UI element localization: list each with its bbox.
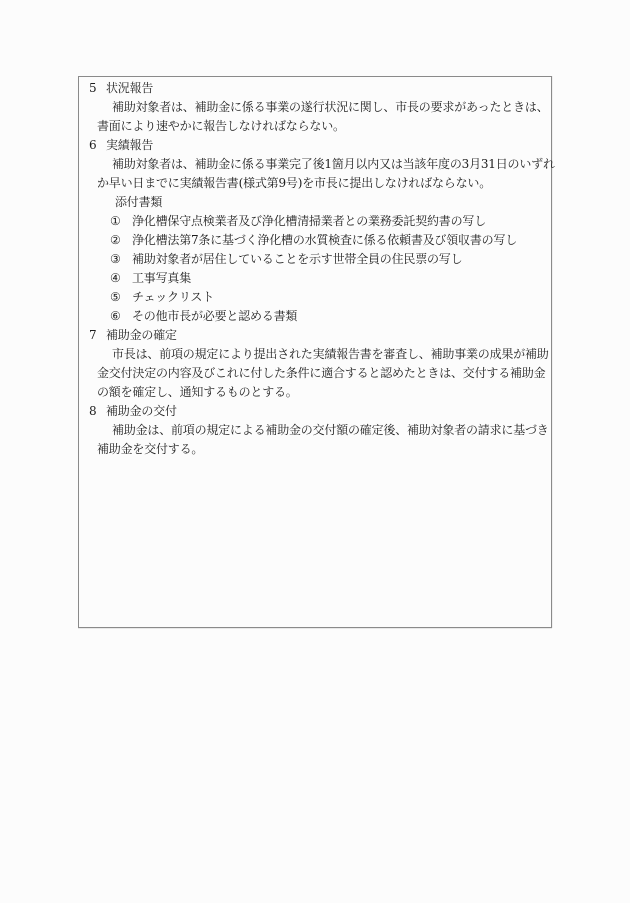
doc-line-para_first: 市長は、前項の規定により提出された実績報告書を審査し、補助事業の成果が補助	[79, 345, 551, 364]
section-title: 実績報告	[106, 138, 153, 152]
line-text: 補助対象者は、補助金に係る事業の遂行状況に関し、市長の要求があったときは、	[112, 100, 548, 114]
doc-line-section: 7補助金の確定	[79, 326, 551, 345]
line-text: 金交付決定の内容及びこれに付した条件に適合すると認めたときは、交付する補助金	[97, 366, 545, 380]
list-marker: ②	[110, 231, 132, 250]
doc-line-subhead: 添付書類	[79, 193, 551, 212]
list-marker: ⑤	[110, 288, 132, 307]
line-text: 補助対象者が居住していることを示す世帯全員の住民票の写し	[132, 252, 462, 266]
doc-line-section: 8補助金の交付	[79, 402, 551, 421]
doc-line-para_cont: か早い日までに実績報告書(様式第9号)を市長に提出しなければならない。	[79, 174, 551, 193]
document-box: 5状況報告補助対象者は、補助金に係る事業の遂行状況に関し、市長の要求があったとき…	[78, 76, 552, 628]
doc-line-list: ⑥その他市長が必要と認める書類	[79, 307, 551, 326]
doc-line-list: ④工事写真集	[79, 269, 551, 288]
line-text: 浄化槽保守点検業者及び浄化槽清掃業者との業務委託契約書の写し	[132, 214, 486, 228]
doc-line-section: 5状況報告	[79, 79, 551, 98]
line-text: 補助対象者は、補助金に係る事業完了後1箇月以内又は当該年度の3月31日のいずれ	[112, 157, 555, 171]
list-marker: ⑥	[110, 307, 132, 326]
doc-line-list: ⑤チェックリスト	[79, 288, 551, 307]
doc-line-section: 6実績報告	[79, 136, 551, 155]
line-text: チェックリスト	[132, 290, 214, 304]
doc-line-para_cont: の額を確定し、通知するものとする。	[79, 383, 551, 402]
list-marker: ③	[110, 250, 132, 269]
line-text: の額を確定し、通知するものとする。	[97, 385, 298, 399]
doc-line-list: ③補助対象者が居住していることを示す世帯全員の住民票の写し	[79, 250, 551, 269]
list-marker: ①	[110, 212, 132, 231]
section-number: 8	[89, 402, 106, 421]
doc-line-para_cont: 金交付決定の内容及びこれに付した条件に適合すると認めたときは、交付する補助金	[79, 364, 551, 383]
line-text: 書面により速やかに報告しなければならない。	[97, 119, 345, 133]
document-lines: 5状況報告補助対象者は、補助金に係る事業の遂行状況に関し、市長の要求があったとき…	[79, 79, 551, 459]
doc-line-para_first: 補助対象者は、補助金に係る事業完了後1箇月以内又は当該年度の3月31日のいずれ	[79, 155, 551, 174]
doc-line-para_cont: 補助金を交付する。	[79, 440, 551, 459]
list-marker: ④	[110, 269, 132, 288]
doc-line-para_first: 補助金は、前項の規定による補助金の交付額の確定後、補助対象者の請求に基づき	[79, 421, 551, 440]
line-text: 添付書類	[115, 195, 162, 209]
doc-line-list: ②浄化槽法第7条に基づく浄化槽の水質検査に係る依頼書及び領収書の写し	[79, 231, 551, 250]
line-text: 浄化槽法第7条に基づく浄化槽の水質検査に係る依頼書及び領収書の写し	[132, 233, 517, 247]
line-text: 市長は、前項の規定により提出された実績報告書を審査し、補助事業の成果が補助	[112, 347, 549, 361]
line-text: か早い日までに実績報告書(様式第9号)を市長に提出しなければならない。	[97, 176, 491, 190]
line-text: 補助金は、前項の規定による補助金の交付額の確定後、補助対象者の請求に基づき	[112, 423, 549, 437]
section-title: 状況報告	[106, 81, 153, 95]
section-number: 7	[89, 326, 106, 345]
section-title: 補助金の確定	[106, 328, 177, 342]
doc-line-list: ①浄化槽保守点検業者及び浄化槽清掃業者との業務委託契約書の写し	[79, 212, 551, 231]
section-title: 補助金の交付	[106, 404, 177, 418]
page: 5状況報告補助対象者は、補助金に係る事業の遂行状況に関し、市長の要求があったとき…	[0, 0, 630, 903]
section-number: 5	[89, 79, 106, 98]
doc-line-para_cont: 書面により速やかに報告しなければならない。	[79, 117, 551, 136]
section-number: 6	[89, 136, 106, 155]
line-text: 補助金を交付する。	[97, 442, 203, 456]
line-text: その他市長が必要と認める書類	[132, 309, 297, 323]
line-text: 工事写真集	[132, 271, 191, 285]
doc-line-para_first: 補助対象者は、補助金に係る事業の遂行状況に関し、市長の要求があったときは、	[79, 98, 551, 117]
